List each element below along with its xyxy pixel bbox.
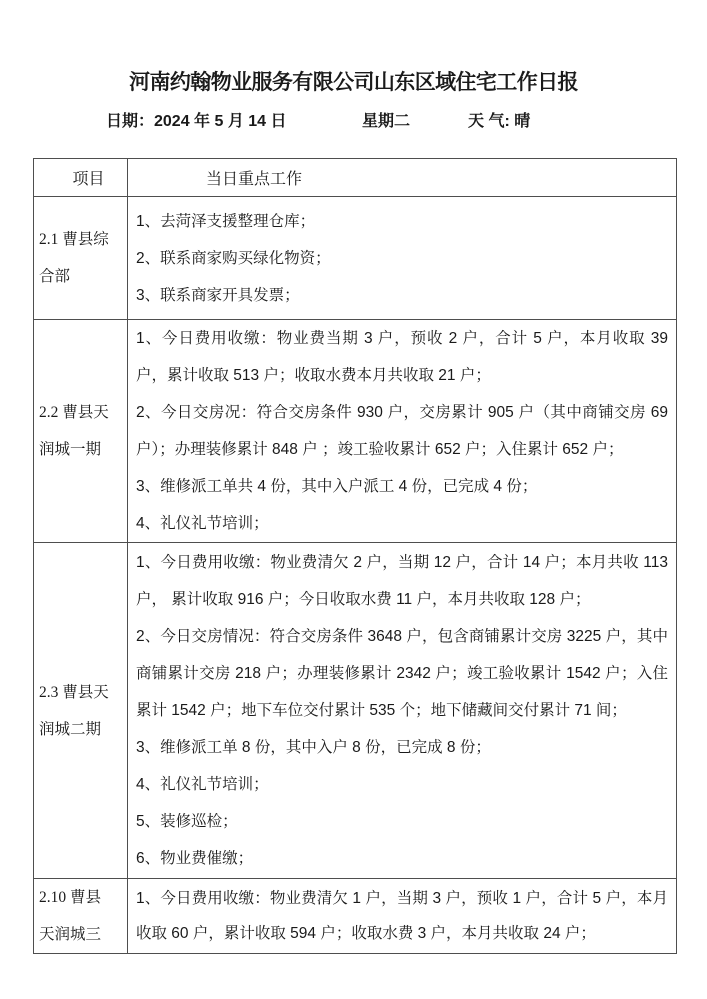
work-item: 2、今日交房情况：符合交房条件 3648 户，包含商铺累计交房 3225 户，其… (136, 618, 668, 729)
work-item: 1、今日费用收缴：物业费清欠 1 户，当期 3 户，预收 1 户，合计 5 户，… (136, 881, 668, 951)
work-item: 1、今日费用收缴：物业费当期 3 户，预收 2 户，合计 5 户，本月收取 39… (136, 320, 668, 394)
work-item: 5、装修巡检； (136, 803, 668, 840)
daily-report-table: 项目当日重点工作 2.1 曹县综 合部1、去菏泽支援整理仓库；2、联系商家购买绿… (33, 158, 677, 954)
project-cell: 2.2 曹县天 润城一期 (34, 320, 128, 543)
work-item: 4、礼仪礼节培训； (136, 505, 668, 542)
project-cell: 2.1 曹县综 合部 (34, 197, 128, 320)
work-item: 2、联系商家购买绿化物资； (136, 240, 668, 277)
column-header: 项目 (34, 159, 128, 197)
date-field: 日期：2024 年 5 月 14 日 (106, 108, 287, 131)
document-title: 河南约翰物业服务有限公司山东区域住宅工作日报 (0, 66, 707, 96)
table-row: 2.2 曹县天 润城一期1、今日费用收缴：物业费当期 3 户，预收 2 户，合计… (34, 320, 677, 543)
project-cell: 2.10 曹县 天润城三 (34, 879, 128, 954)
column-header: 当日重点工作 (128, 159, 677, 197)
table-row: 2.10 曹县 天润城三1、今日费用收缴：物业费清欠 1 户，当期 3 户，预收… (34, 879, 677, 954)
work-items-cell: 1、今日费用收缴：物业费清欠 1 户，当期 3 户，预收 1 户，合计 5 户，… (128, 879, 677, 954)
table-body: 2.1 曹县综 合部1、去菏泽支援整理仓库；2、联系商家购买绿化物资；3、联系商… (34, 197, 677, 954)
work-items-cell: 1、今日费用收缴：物业费当期 3 户，预收 2 户，合计 5 户，本月收取 39… (128, 320, 677, 543)
work-item: 6、物业费催缴； (136, 840, 668, 877)
table-row: 2.3 曹县天 润城二期1、今日费用收缴：物业费清欠 2 户，当期 12 户，合… (34, 543, 677, 879)
work-item: 1、今日费用收缴：物业费清欠 2 户，当期 12 户，合计 14 户；本月共收 … (136, 544, 668, 618)
table-row: 2.1 曹县综 合部1、去菏泽支援整理仓库；2、联系商家购买绿化物资；3、联系商… (34, 197, 677, 320)
date-line: 日期：2024 年 5 月 14 日 星期二 天 气: 晴 (0, 108, 707, 130)
work-item: 2、今日交房况：符合交房条件 930 户，交房累计 905 户（其中商铺交房 6… (136, 394, 668, 468)
work-items-cell: 1、今日费用收缴：物业费清欠 2 户，当期 12 户，合计 14 户；本月共收 … (128, 543, 677, 879)
weather-field: 天 气: 晴 (468, 108, 530, 131)
work-item: 3、维修派工单 8 份，其中入户 8 份，已完成 8 份； (136, 729, 668, 766)
project-cell: 2.3 曹县天 润城二期 (34, 543, 128, 879)
work-item: 4、礼仪礼节培训； (136, 766, 668, 803)
work-item: 3、联系商家开具发票； (136, 277, 668, 314)
work-items-cell: 1、去菏泽支援整理仓库；2、联系商家购买绿化物资；3、联系商家开具发票； (128, 197, 677, 320)
work-item: 1、去菏泽支援整理仓库； (136, 203, 668, 240)
table-header-row: 项目当日重点工作 (34, 159, 677, 197)
work-item: 3、维修派工单共 4 份，其中入户派工 4 份，已完成 4 份； (136, 468, 668, 505)
weekday-field: 星期二 (362, 108, 410, 131)
